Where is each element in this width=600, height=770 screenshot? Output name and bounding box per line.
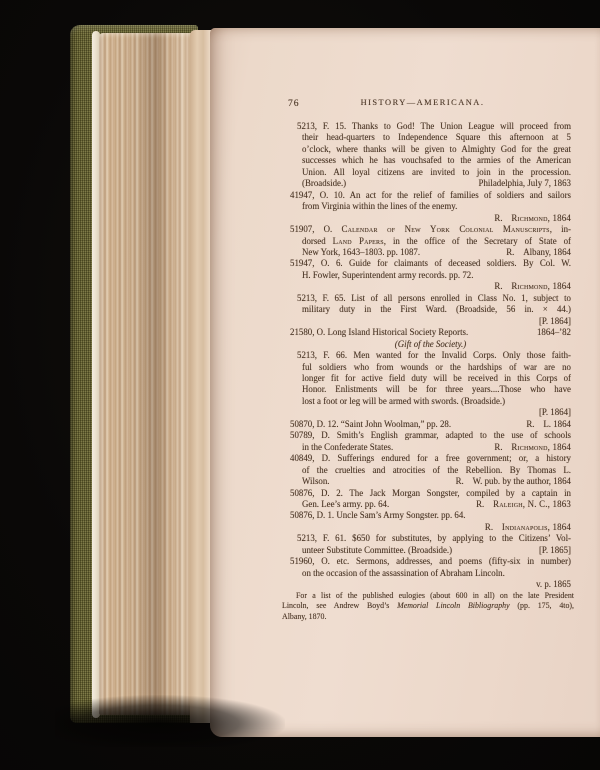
text-line: Union. All loyal citizens are invited to… [290,167,571,178]
text-line: military duty in the First Ward. (Broads… [290,304,571,315]
page-header: 76 HISTORY—AMERICANA. [282,98,563,111]
text-line: R. Richmond, 1864 [290,281,571,292]
text-line: on the occasion of the assassination of … [290,568,571,579]
text-line: Wilson.R. W. pub. by the author, 1864 [290,476,571,487]
text-line: (Gift of the Society.) [290,339,571,350]
text-line: lost a foot or leg will be armed with sw… [290,396,571,407]
text-line: New York, 1643–1803. pp. 1087.R. Albany,… [290,247,571,258]
fore-edge-pages [99,33,194,715]
text-line: from Virginia within the lines of the en… [290,201,571,212]
text-line: 50876, D. 2. The Jack Morgan Songster, c… [290,488,571,499]
text-line: 40849, D. Sufferings endured for a free … [290,453,571,464]
text-line: Honor. Enlistments will be for three yea… [290,384,571,395]
text-line: 50876, D. 1. Uncle Sam’s Army Songster. … [290,510,571,521]
footnote-block: For a list of the published eulogies (ab… [282,591,574,622]
text-line: (Broadside.)Philadelphia, July 7, 1863 [290,178,571,189]
photo-canvas: 76 HISTORY—AMERICANA. 5213, F. 15. Thank… [0,0,600,770]
text-line: R. Richmond, 1864 [290,213,571,224]
text-line: 51907, O. Calendar of New York Colonial … [290,224,571,235]
text-line: 50870, D. 12. “Saint John Woolman,” pp. … [290,419,571,430]
open-page: 76 HISTORY—AMERICANA. 5213, F. 15. Thank… [210,28,600,737]
text-line: For a list of the published eulogies (ab… [282,591,574,601]
text-line: Gen. Lee’s army. pp. 64.R. Raleigh, N. C… [290,499,571,510]
text-line: their head-quarters to Independence Squa… [290,132,571,143]
text-line: 21580, O. Long Island Historical Society… [290,327,571,338]
text-line: R. Indianapolis, 1864 [290,522,571,533]
text-line: v. p. 1865 [290,579,571,590]
text-line: 5213, F. 65. List of all persons enrolle… [290,293,571,304]
text-line: 5213, F. 66. Men wanted for the Invalid … [290,350,571,361]
running-head: HISTORY—AMERICANA. [282,98,563,107]
text-line: in the Confederate States.R. Richmond, 1… [290,442,571,453]
text-block: 5213, F. 15. Thanks to God! The Union Le… [290,121,571,591]
text-line: H. Fowler, Superintendent army records. … [290,270,571,281]
text-line: Lincoln, see Andrew Boyd’s Memorial Linc… [282,601,574,611]
text-line: 5213, F. 61. $650 for substitutes, by ap… [290,533,571,544]
text-line: o’clock, where thanks will be given to A… [290,144,571,155]
text-line: unteer Substitute Committee. (Broadside.… [290,545,571,556]
text-line: ful soldiers who from wounds or the hard… [290,362,571,373]
text-line: successes which he has vouchsafed to the… [290,155,571,166]
book-bottom-shadow [55,695,285,747]
text-line: of the cruelties and atrocities of the R… [290,465,571,476]
text-line: 51947, O. 6. Guide for claimants of dece… [290,258,571,269]
text-line: Albany, 1870. [282,612,574,622]
text-line: dorsed Land Papers, in the office of the… [290,236,571,247]
page-number: 76 [288,98,300,109]
text-line: 5213, F. 15. Thanks to God! The Union Le… [290,121,571,132]
text-line: [P. 1864] [290,316,571,327]
text-line: [P. 1864] [290,407,571,418]
text-line: 41947, O. 10. An act for the relief of f… [290,190,571,201]
text-line: 51960, O. etc. Sermons, addresses, and p… [290,556,571,567]
text-line: longer fit for active field duty will be… [290,373,571,384]
text-line: 50789, D. Smith’s English grammar, adapt… [290,430,571,441]
